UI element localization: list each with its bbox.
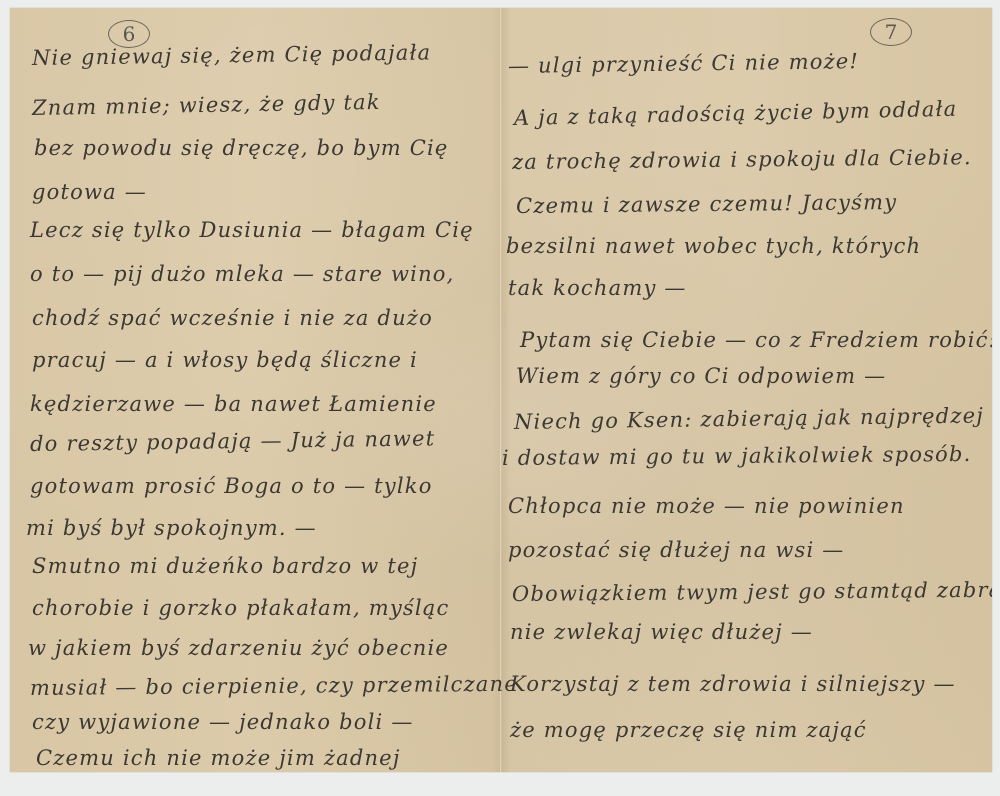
text-line: czy wyjawione — jednako boli — (32, 710, 414, 734)
text-line: chorobie i gorzko płakałam, myśląc (32, 596, 449, 620)
text-line: Czemu ich nie może jim żadnej (36, 746, 401, 770)
text-line: bez powodu się dręczę, bo bym Cię (34, 136, 449, 160)
handwritten-text: — ulgi przynieść Ci nie może! A ja z tak… (502, 8, 992, 772)
text-line: gotowam prosić Boga o to — tylko (30, 474, 433, 498)
text-line: Smutno mi dużeńko bardzo w tej (32, 554, 418, 578)
text-line: nie zwlekaj więc dłużej — (510, 620, 813, 644)
text-line: do reszty popadają — Już ja nawet (30, 426, 436, 456)
scanned-letter: 6 Nie gniewaj się, żem Cię podajała Znam… (0, 0, 1000, 796)
text-line: Obowiązkiem twym jest go stamtąd zabrać: (512, 578, 992, 606)
text-line: pozostać się dłużej na wsi — (508, 538, 844, 562)
text-line: Czemu i zawsze czemu! Jacyśmy (516, 190, 898, 218)
text-line: Wiem z góry co Ci odpowiem — (516, 364, 886, 388)
text-line: chodź spać wcześnie i nie za dużo (32, 306, 433, 330)
text-line: Nie gniewaj się, żem Cię podajała (32, 40, 432, 70)
text-line: Niech go Ksen: zabierają jak najprędzej (514, 403, 984, 434)
text-line: Korzystaj z tem zdrowia i silniejszy — (510, 672, 956, 696)
text-line: kędzierzawe — ba nawet Łamienie (30, 392, 437, 416)
left-page: 6 Nie gniewaj się, żem Cię podajała Znam… (10, 8, 499, 772)
text-line: pracuj — a i włosy będą śliczne i (32, 348, 418, 372)
text-line: Znam mnie; wiesz, że gdy tak (32, 90, 381, 120)
handwritten-text: Nie gniewaj się, żem Cię podajała Znam m… (10, 8, 499, 772)
text-line: że mogę przeczę się nim zająć (510, 718, 867, 742)
text-line: za trochę zdrowia i spokoju dla Ciebie. (512, 145, 972, 174)
text-line: — ulgi przynieść Ci nie może! (508, 49, 859, 78)
text-line: musiał — bo cierpienie, czy przemilczane (30, 672, 518, 700)
text-line: bezsilni nawet wobec tych, których (506, 234, 921, 258)
text-line: Pytam się Ciebie — co z Fredziem robić: (520, 328, 992, 352)
text-line: w jakiem byś zdarzeniu żyć obecnie (28, 636, 449, 660)
text-line: i dostaw mi go tu w jakikolwiek sposób. (502, 442, 972, 470)
text-line: A ja z taką radością życie bym oddała (514, 97, 958, 130)
text-line: Lecz się tylko Dusiunia — błagam Cię (30, 218, 474, 242)
text-line: o to — pij dużo mleka — stare wino, (30, 262, 455, 286)
text-line: gotowa — (32, 180, 147, 204)
text-line: tak kochamy — (508, 276, 687, 300)
text-line: Chłopca nie może — nie powinien (508, 494, 905, 518)
letter-sheet: 6 Nie gniewaj się, żem Cię podajała Znam… (10, 8, 992, 772)
right-page: 7 — ulgi przynieść Ci nie może! A ja z t… (502, 8, 992, 772)
text-line: mi byś był spokojnym. — (26, 516, 317, 540)
